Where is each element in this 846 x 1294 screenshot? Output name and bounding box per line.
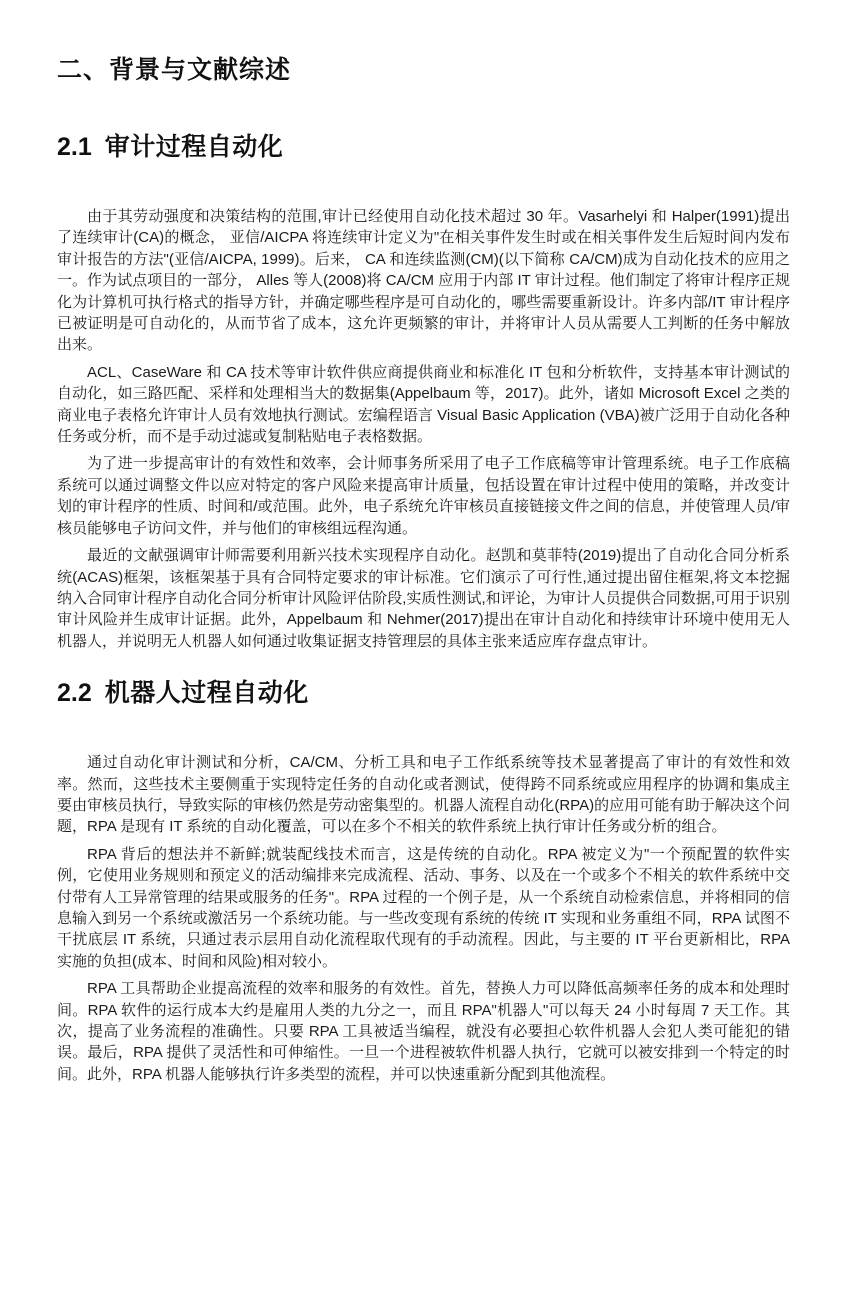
section-2-1-body: 由于其劳动强度和决策结构的范围,审计已经使用自动化技术超过 30 年。Vasar… xyxy=(57,206,790,652)
section-2-1-title: 审计过程自动化 xyxy=(105,133,284,161)
paragraph: 通过自动化审计测试和分析，CA/CM、分析工具和电子工作纸系统等技术显著提高了审… xyxy=(57,752,790,838)
paragraph: 最近的文献强调审计师需要利用新兴技术实现程序自动化。赵凯和莫菲特(2019)提出… xyxy=(57,545,790,652)
paragraph: RPA 工具帮助企业提高流程的效率和服务的有效性。首先，替换人力可以降低高频率任… xyxy=(57,978,790,1085)
paragraph: 由于其劳动强度和决策结构的范围,审计已经使用自动化技术超过 30 年。Vasar… xyxy=(57,206,790,356)
paragraph: ACL、CaseWare 和 CA 技术等审计软件供应商提供商业和标准化 IT … xyxy=(57,362,790,448)
section-audit-process-automation: 2.1审计过程自动化 由于其劳动强度和决策结构的范围,审计已经使用自动化技术超过… xyxy=(57,132,790,652)
section-2-2-number: 2.2 xyxy=(57,678,92,708)
section-2-2-body: 通过自动化审计测试和分析，CA/CM、分析工具和电子工作纸系统等技术显著提高了审… xyxy=(57,752,790,1085)
section-robotic-process-automation: 2.2机器人过程自动化 通过自动化审计测试和分析，CA/CM、分析工具和电子工作… xyxy=(57,678,790,1085)
section-2-2-heading: 2.2机器人过程自动化 xyxy=(57,678,790,708)
section-2-2-title: 机器人过程自动化 xyxy=(105,679,309,707)
section-2-1-heading: 2.1审计过程自动化 xyxy=(57,132,790,162)
paragraph: 为了进一步提高审计的有效性和效率，会计师事务所采用了电子工作底稿等审计管理系统。… xyxy=(57,453,790,539)
section-2-1-number: 2.1 xyxy=(57,132,92,162)
paragraph: RPA 背后的想法并不新鲜;就装配线技术而言，这是传统的自动化。RPA 被定义为… xyxy=(57,844,790,972)
chapter-heading: 二、背景与文献综述 xyxy=(57,55,790,85)
document-page: 二、背景与文献综述 2.1审计过程自动化 由于其劳动强度和决策结构的范围,审计已… xyxy=(0,0,846,1294)
